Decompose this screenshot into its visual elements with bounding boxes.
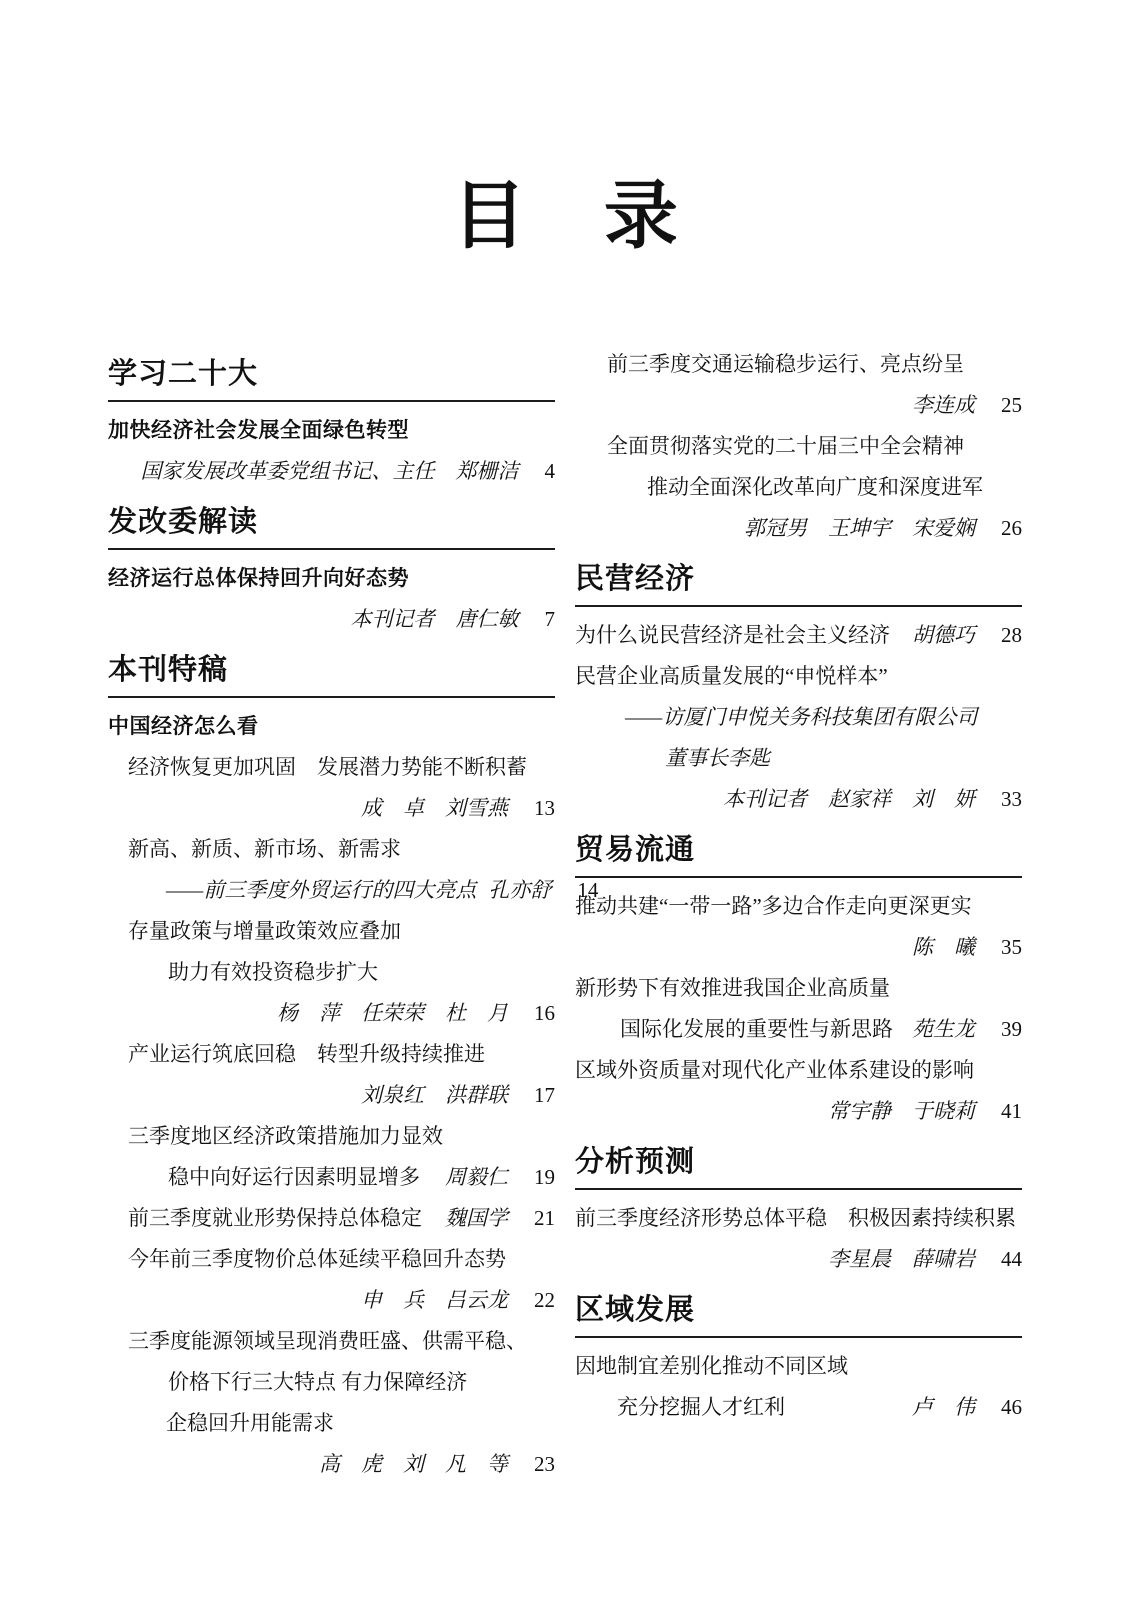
entry-title: 三季度地区经济政策措施加力显效	[108, 1116, 443, 1157]
entry-author-page: 苑生龙39	[900, 1009, 1022, 1050]
entry-title: 存量政策与增量政策效应叠加	[108, 911, 401, 952]
toc-byline: 国家发展改革委党组书记、主任 郑栅洁4	[108, 451, 555, 492]
entry-title: 今年前三季度物价总体延续平稳回升态势	[108, 1239, 506, 1280]
entry-title: 三季度能源领域呈现消费旺盛、供需平稳、	[108, 1321, 527, 1362]
section-heading: 民营经济	[575, 561, 1022, 607]
entry-author: 本刊记者 赵家祥 刘 妍	[723, 779, 975, 820]
toc-byline: 本刊记者 赵家祥 刘 妍33	[575, 779, 1022, 820]
toc-entry: 前三季度就业形势保持总体稳定魏国学21	[108, 1198, 555, 1239]
toc-entry: 民营企业高质量发展的“申悦样本”	[575, 656, 1022, 697]
section-title: 学习二十大	[108, 356, 555, 392]
entry-title: ——访厦门申悦关务科技集团有限公司	[575, 697, 977, 738]
section-title: 本刊特稿	[108, 652, 555, 688]
section-title: 民营经济	[575, 561, 1022, 597]
entry-page-number: 21	[534, 1198, 555, 1239]
entry-title: ——前三季度外贸运行的四大亮点	[108, 870, 476, 911]
entry-author: 孔亦舒	[488, 870, 551, 911]
entry-title: 企稳回升用能需求	[108, 1403, 334, 1444]
toc-byline: 陈 曦35	[575, 927, 1022, 968]
section-title: 分析预测	[575, 1144, 1022, 1180]
section-rule	[575, 605, 1022, 607]
toc-entry: 推动全面深化改革向广度和深度进军	[575, 467, 1022, 508]
toc-byline: 李连成25	[575, 385, 1022, 426]
toc-byline: 常宇静 于晓莉41	[575, 1091, 1022, 1132]
entry-page-number: 41	[1001, 1091, 1022, 1132]
toc-entry: 中国经济怎么看	[108, 706, 555, 747]
entry-title: 为什么说民营经济是社会主义经济	[575, 615, 890, 656]
entry-page-number: 7	[545, 599, 556, 640]
toc-entry: 三季度地区经济政策措施加力显效	[108, 1116, 555, 1157]
entry-author: 刘泉红 洪群联	[361, 1075, 508, 1116]
toc-entry: 为什么说民营经济是社会主义经济胡德巧28	[575, 615, 1022, 656]
entry-author: 申 兵 吕云龙	[361, 1280, 508, 1321]
entry-author: 杨 萍 任荣荣 杜 月	[277, 993, 508, 1034]
toc-entry: 充分挖掘人才红利卢 伟46	[575, 1387, 1022, 1428]
entry-title: 全面贯彻落实党的二十届三中全会精神	[575, 426, 964, 467]
entry-author-page: 周毅仁19	[433, 1157, 555, 1198]
section-heading: 学习二十大	[108, 356, 555, 402]
toc-entry: 前三季度交通运输稳步运行、亮点纷呈	[575, 344, 1022, 385]
entry-page-number: 4	[545, 451, 556, 492]
entry-title: 前三季度就业形势保持总体稳定	[108, 1198, 422, 1239]
entry-author: 卢 伟	[912, 1387, 975, 1428]
toc-entry: 全面贯彻落实党的二十届三中全会精神	[575, 426, 1022, 467]
toc-column-right: 前三季度交通运输稳步运行、亮点纷呈李连成25全面贯彻落实党的二十届三中全会精神推…	[575, 344, 1022, 1485]
entry-author-page: 郭冠男 王坤宇 宋爱娴26	[732, 508, 1022, 549]
toc-byline: 本刊记者 唐仁敏7	[108, 599, 555, 640]
section-heading: 贸易流通	[575, 832, 1022, 878]
entry-author-page: 申 兵 吕云龙22	[349, 1280, 555, 1321]
entry-author-page: 杨 萍 任荣荣 杜 月16	[265, 993, 555, 1034]
entry-author: 周毅仁	[445, 1157, 508, 1198]
entry-title: 助力有效投资稳步扩大	[108, 952, 378, 993]
toc-byline: 杨 萍 任荣荣 杜 月16	[108, 993, 555, 1034]
entry-author-page: 魏国学21	[433, 1198, 555, 1239]
section-rule	[575, 876, 1022, 878]
section-rule	[108, 548, 555, 550]
toc-entry: 推动共建“一带一路”多边合作走向更深更实	[575, 886, 1022, 927]
entry-page-number: 35	[1001, 927, 1022, 968]
toc-byline: 高 虎 刘 凡 等23	[108, 1444, 555, 1485]
entry-page-number: 19	[534, 1157, 555, 1198]
entry-title: 经济恢复更加巩固 发展潜力势能不断积蓄	[108, 747, 527, 788]
toc-byline: 郭冠男 王坤宇 宋爱娴26	[575, 508, 1022, 549]
entry-title: 推动全面深化改革向广度和深度进军	[575, 467, 983, 508]
entry-author: 苑生龙	[912, 1009, 975, 1050]
toc-entry: 今年前三季度物价总体延续平稳回升态势	[108, 1239, 555, 1280]
entry-author-page: 刘泉红 洪群联17	[349, 1075, 555, 1116]
entry-author-page: 卢 伟46	[900, 1387, 1022, 1428]
entry-title: 中国经济怎么看	[108, 706, 259, 747]
entry-title: 前三季度经济形势总体平稳 积极因素持续积累	[575, 1198, 1016, 1239]
toc-entry: 三季度能源领域呈现消费旺盛、供需平稳、	[108, 1321, 555, 1362]
entry-author: 李连成	[912, 385, 975, 426]
entry-page-number: 39	[1001, 1009, 1022, 1050]
section-rule	[108, 400, 555, 402]
toc-entry: 新高、新质、新市场、新需求	[108, 829, 555, 870]
toc-byline: 李星晨 薛啸岩44	[575, 1239, 1022, 1280]
magazine-toc-page: { "page_title": "目录", "columns": [ { "na…	[0, 0, 1130, 1600]
toc-entry: 助力有效投资稳步扩大	[108, 952, 555, 993]
entry-author: 魏国学	[445, 1198, 508, 1239]
page-title: 目录	[108, 180, 1022, 254]
toc-entry: 经济运行总体保持回升向好态势	[108, 558, 555, 599]
entry-author-page: 胡德巧28	[900, 615, 1022, 656]
entry-title: 经济运行总体保持回升向好态势	[108, 558, 409, 599]
entry-page-number: 23	[534, 1444, 555, 1485]
toc-byline: 申 兵 吕云龙22	[108, 1280, 555, 1321]
entry-author-page: 成 卓 刘雪燕13	[349, 788, 555, 829]
toc-entry: ——前三季度外贸运行的四大亮点孔亦舒14	[108, 870, 555, 911]
entry-author: 成 卓 刘雪燕	[361, 788, 508, 829]
toc-page: 目录 学习二十大加快经济社会发展全面绿色转型国家发展改革委党组书记、主任 郑栅洁…	[0, 180, 1130, 1485]
toc-column-left: 学习二十大加快经济社会发展全面绿色转型国家发展改革委党组书记、主任 郑栅洁4发改…	[108, 344, 555, 1485]
entry-title: 区域外资质量对现代化产业体系建设的影响	[575, 1050, 974, 1091]
entry-page-number: 17	[534, 1075, 555, 1116]
entry-page-number: 33	[1001, 779, 1022, 820]
toc-entry: 企稳回升用能需求	[108, 1403, 555, 1444]
entry-title: 价格下行三大特点 有力保障经济	[108, 1362, 467, 1403]
entry-page-number: 25	[1001, 385, 1022, 426]
entry-page-number: 46	[1001, 1387, 1022, 1428]
toc-byline: 刘泉红 洪群联17	[108, 1075, 555, 1116]
toc-entry: 稳中向好运行因素明显增多周毅仁19	[108, 1157, 555, 1198]
entry-author-page: 常宇静 于晓莉41	[816, 1091, 1022, 1132]
entry-title: 加快经济社会发展全面绿色转型	[108, 410, 409, 451]
section-title: 发改委解读	[108, 504, 555, 540]
entry-author-page: 李星晨 薛啸岩44	[816, 1239, 1022, 1280]
section-heading: 发改委解读	[108, 504, 555, 550]
entry-author-page: 李连成25	[900, 385, 1022, 426]
entry-author: 常宇静 于晓莉	[828, 1091, 975, 1132]
section-heading: 本刊特稿	[108, 652, 555, 698]
toc-entry: 区域外资质量对现代化产业体系建设的影响	[575, 1050, 1022, 1091]
toc-entry: 前三季度经济形势总体平稳 积极因素持续积累	[575, 1198, 1022, 1239]
section-heading: 分析预测	[575, 1144, 1022, 1190]
toc-entry: 经济恢复更加巩固 发展潜力势能不断积蓄	[108, 747, 555, 788]
toc-entry: 国际化发展的重要性与新思路苑生龙39	[575, 1009, 1022, 1050]
toc-byline: 成 卓 刘雪燕13	[108, 788, 555, 829]
toc-entry: 新形势下有效推进我国企业高质量	[575, 968, 1022, 1009]
section-heading: 区域发展	[575, 1292, 1022, 1338]
entry-title: 稳中向好运行因素明显增多	[108, 1157, 420, 1198]
toc-entry: 产业运行筑底回稳 转型升级持续推进	[108, 1034, 555, 1075]
toc-entry: 董事长李匙	[575, 738, 1022, 779]
section-rule	[575, 1188, 1022, 1190]
entry-title: 前三季度交通运输稳步运行、亮点纷呈	[575, 344, 964, 385]
entry-author: 陈 曦	[912, 927, 975, 968]
entry-title: 因地制宜差别化推动不同区域	[575, 1346, 848, 1387]
entry-page-number: 16	[534, 993, 555, 1034]
entry-page-number: 28	[1001, 615, 1022, 656]
entry-title: 董事长李匙	[575, 738, 770, 779]
entry-title: 新形势下有效推进我国企业高质量	[575, 968, 890, 1009]
section-title: 贸易流通	[575, 832, 1022, 868]
entry-title: 产业运行筑底回稳 转型升级持续推进	[108, 1034, 485, 1075]
entry-author-page: 本刊记者 赵家祥 刘 妍33	[711, 779, 1022, 820]
entry-title: 国际化发展的重要性与新思路	[575, 1009, 893, 1050]
entry-author: 国家发展改革委党组书记、主任 郑栅洁	[141, 451, 519, 492]
entry-author-page: 陈 曦35	[900, 927, 1022, 968]
entry-page-number: 44	[1001, 1239, 1022, 1280]
entry-page-number: 13	[534, 788, 555, 829]
entry-title: 民营企业高质量发展的“申悦样本”	[575, 656, 888, 697]
entry-page-number: 26	[1001, 508, 1022, 549]
toc-entry: 价格下行三大特点 有力保障经济	[108, 1362, 555, 1403]
entry-title: 推动共建“一带一路”多边合作走向更深更实	[575, 886, 972, 927]
entry-author: 李星晨 薛啸岩	[828, 1239, 975, 1280]
entry-author: 胡德巧	[912, 615, 975, 656]
section-title: 区域发展	[575, 1292, 1022, 1328]
toc-entry: 存量政策与增量政策效应叠加	[108, 911, 555, 952]
toc-entry: 加快经济社会发展全面绿色转型	[108, 410, 555, 451]
entry-author-page: 高 虎 刘 凡 等23	[307, 1444, 555, 1485]
entry-author: 本刊记者 唐仁敏	[351, 599, 519, 640]
section-rule	[108, 696, 555, 698]
entry-author: 高 虎 刘 凡 等	[319, 1444, 508, 1485]
entry-title: 充分挖掘人才红利	[575, 1387, 785, 1428]
entry-author: 郭冠男 王坤宇 宋爱娴	[744, 508, 975, 549]
toc-entry: 因地制宜差别化推动不同区域	[575, 1346, 1022, 1387]
entry-author-page: 本刊记者 唐仁敏7	[339, 599, 556, 640]
toc-entry: ——访厦门申悦关务科技集团有限公司	[575, 697, 1022, 738]
toc-columns: 学习二十大加快经济社会发展全面绿色转型国家发展改革委党组书记、主任 郑栅洁4发改…	[108, 344, 1022, 1485]
entry-page-number: 22	[534, 1280, 555, 1321]
entry-author-page: 国家发展改革委党组书记、主任 郑栅洁4	[129, 451, 556, 492]
section-rule	[575, 1336, 1022, 1338]
entry-title: 新高、新质、新市场、新需求	[108, 829, 401, 870]
